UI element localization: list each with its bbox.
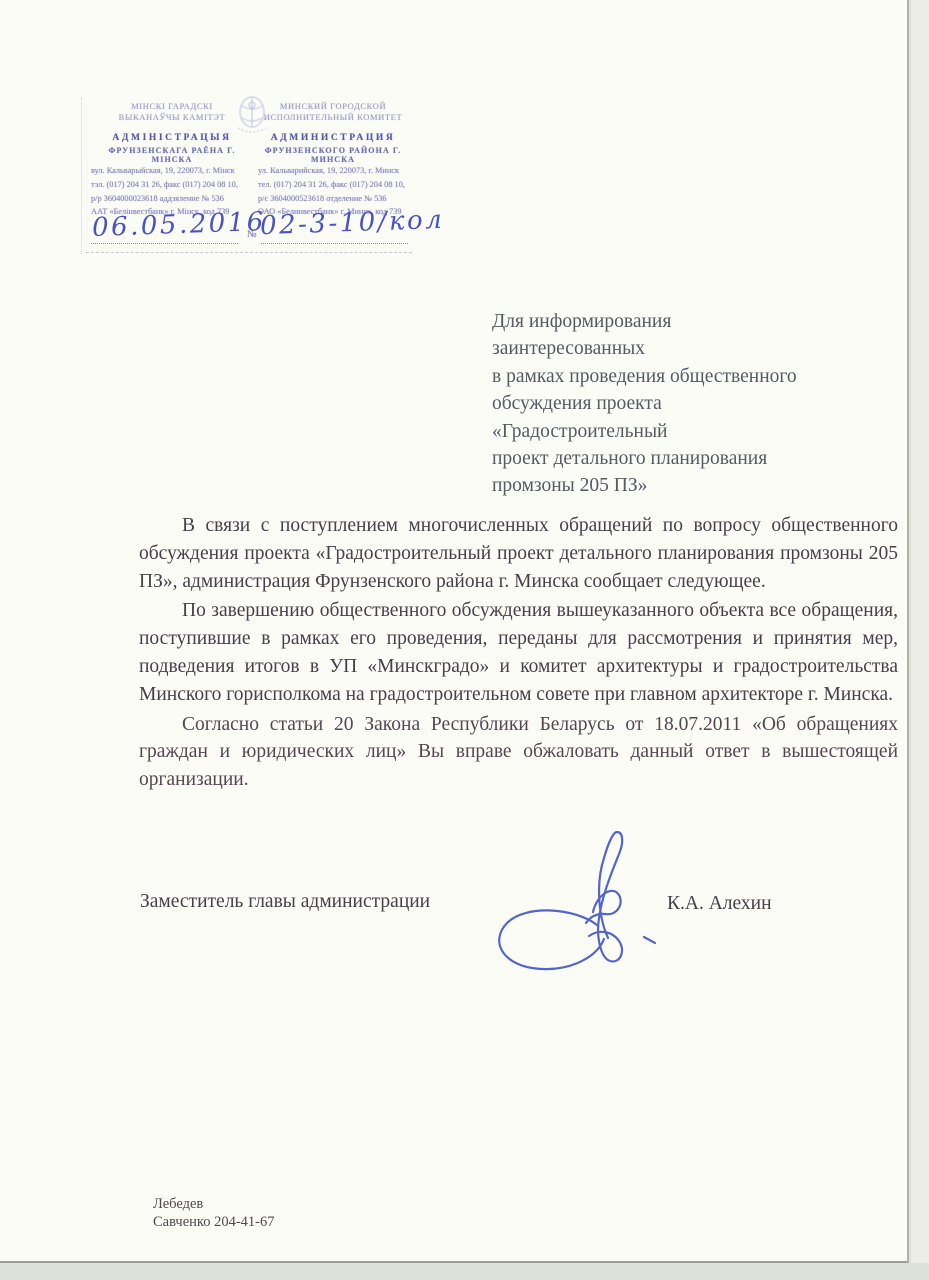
number-sign: № xyxy=(247,229,257,240)
letterhead-stamp: МІНСКІ ГАРАДСКІ ВЫКАНАЎЧЫ КАМІТЭТ АДМІНІ… xyxy=(88,96,410,256)
recipient-line: промзоны 205 ПЗ» xyxy=(492,472,900,499)
recipient-line: «Градостроительный xyxy=(492,418,900,445)
admin-subtitle-ru: ФРУНЗЕНСКОГО РАЙОНА Г. МИНСКА xyxy=(256,146,410,164)
admin-title-ru: АДМИНИСТРАЦИЯ xyxy=(256,133,410,143)
org-name-ru: МИНСКИЙ ГОРОДСКОЙ ИСПОЛНИТЕЛЬНЫЙ КОМИТЕТ xyxy=(256,101,410,123)
body-paragraph: Согласно статьи 20 Закона Республики Бел… xyxy=(139,711,898,794)
recipient-line: заинтересованных xyxy=(492,335,900,362)
executor-line: Савченко 204-41-67 xyxy=(153,1214,274,1232)
recipient-line: в рамках проведения общественного xyxy=(492,363,900,390)
address-line: р/р 3604000023618 аддзяленне № 536 xyxy=(91,192,238,206)
address-line: тэл. (017) 204 31 26, факс (017) 204 08 … xyxy=(91,178,238,192)
body-paragraph: По завершению общественного обсуждения в… xyxy=(139,597,898,708)
executor-line: Лебедев xyxy=(153,1196,274,1214)
org-line: ИСПОЛНИТЕЛЬНЫЙ КОМИТЕТ xyxy=(256,112,410,123)
handwritten-date: 06.05.2016 xyxy=(92,207,267,243)
stamp-left-edge xyxy=(81,98,82,254)
stamp-bottom-dashed-line xyxy=(86,252,412,253)
number-underline xyxy=(261,242,408,244)
letter-body: В связи с поступлением многочисленных об… xyxy=(139,512,898,796)
scanned-letter: МІНСКІ ГАРАДСКІ ВЫКАНАЎЧЫ КАМІТЭТ АДМІНІ… xyxy=(0,0,929,1280)
letterhead-right-column: МИНСКИЙ ГОРОДСКОЙ ИСПОЛНИТЕЛЬНЫЙ КОМИТЕТ… xyxy=(256,96,410,164)
admin-subtitle-by: ФРУНЗЕНСКАГА РАЁНА Г. МІНСКА xyxy=(88,146,256,164)
address-line: вул. Кальварыйская, 19, 220073, г. Мінск xyxy=(91,164,238,178)
address-line: тел. (017) 204 31 26, факс (017) 204 08 … xyxy=(258,178,405,192)
scanner-background-bottom xyxy=(0,1265,929,1280)
handwritten-signature xyxy=(478,824,688,984)
scanner-background-right xyxy=(911,0,929,1263)
date-underline xyxy=(91,242,238,244)
address-line: ул. Кальварийская, 19, 220073, г. Минск xyxy=(258,164,405,178)
recipient-line: проект детального планирования xyxy=(492,445,900,472)
body-paragraph: В связи с поступлением многочисленных об… xyxy=(139,512,898,595)
recipient-line: Для информирования xyxy=(492,308,900,335)
executor-block: Лебедев Савченко 204-41-67 xyxy=(153,1196,274,1231)
coat-of-arms-icon xyxy=(230,94,274,134)
address-line: р/с 3604000523618 отделение № 536 xyxy=(258,192,405,206)
org-line: МИНСКИЙ ГОРОДСКОЙ xyxy=(256,101,410,112)
signatory-title: Заместитель главы администрации xyxy=(140,891,430,913)
admin-title-by: АДМІНІСТРАЦЫЯ xyxy=(88,133,256,143)
signatory-name: К.А. Алехин xyxy=(667,893,772,915)
recipient-line: обсуждения проекта xyxy=(492,390,900,417)
handwritten-reference-number: 02-3-10/кол xyxy=(260,205,445,241)
recipient-block: Для информирования заинтересованных в ра… xyxy=(492,308,900,500)
